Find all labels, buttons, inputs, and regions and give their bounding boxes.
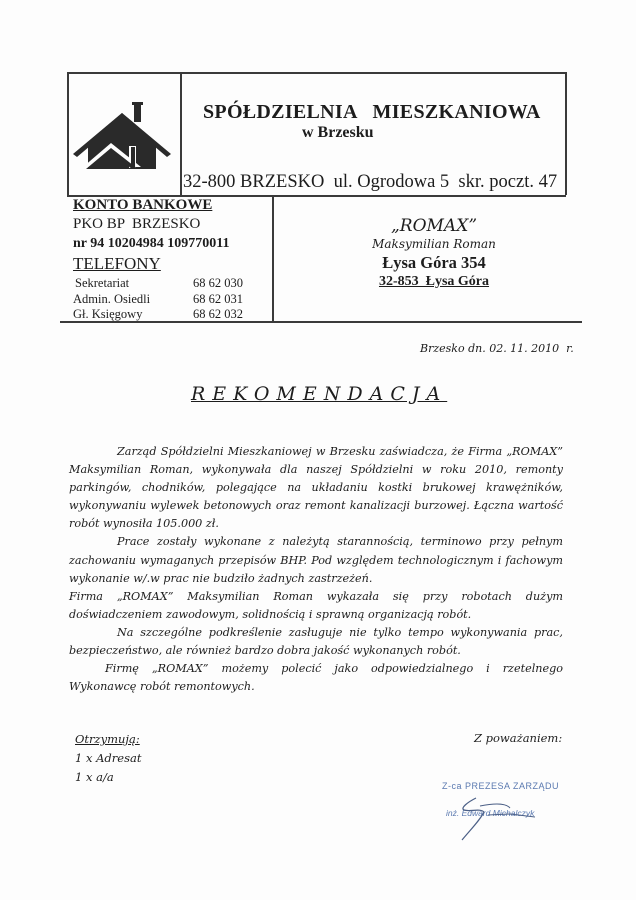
org-address: 32-800 BRZESKO ul. Ogrodowa 5 skr. poczt…: [183, 172, 557, 193]
phone-row: Admin. Osiedli: [73, 292, 150, 307]
contact-divider: [272, 195, 274, 322]
date-line: Brzesko dn. 02. 11. 2010 r.: [420, 342, 574, 355]
phone-label: Gł. Księgowy: [73, 307, 142, 321]
header-box-right: [565, 72, 567, 195]
letter-body: Zarząd Spółdzielni Mieszkaniowej w Brzes…: [69, 443, 563, 696]
recipient-company: „ROMAX”: [304, 216, 564, 236]
phone-row: Sekretariat: [75, 276, 129, 291]
signature-icon: [450, 790, 550, 845]
recipients-item: 1 x Adresat: [75, 749, 141, 768]
recipient-street: Łysa Góra 354: [304, 253, 564, 273]
org-city: w Brzesku: [302, 124, 374, 142]
org-name: SPÓŁDZIELNIA MIESZKANIOWA: [203, 101, 541, 124]
house-logo-icon: [70, 96, 178, 172]
header-box-left: [67, 72, 69, 196]
phone-label: Sekretariat: [75, 276, 129, 290]
recipients-item: 1 x a/a: [75, 768, 141, 787]
phone-label: Admin. Osiedli: [73, 292, 150, 306]
logo-divider: [180, 72, 182, 196]
paragraph-1: Zarząd Spółdzielni Mieszkaniowej w Brzes…: [69, 443, 563, 533]
paragraph-5: Firmę „ROMAX” możemy polecić jako odpowi…: [69, 660, 563, 696]
phone-number: 68 62 030: [193, 276, 243, 291]
header-box-top: [67, 72, 566, 74]
letter-page: SPÓŁDZIELNIA MIESZKANIOWA w Brzesku 32-8…: [0, 0, 636, 900]
paragraph-4: Na szczególne podkreślenie zasługuje nie…: [69, 624, 563, 660]
recipient-city: 32-853 Łysa Góra: [304, 274, 564, 290]
bank-name: PKO BP BRZESKO: [73, 216, 200, 233]
recipient-block: „ROMAX” Maksymilian Roman Łysa Góra 354 …: [304, 216, 564, 290]
phone-number: 68 62 031: [193, 292, 243, 307]
phone-row: Gł. Księgowy: [73, 307, 142, 322]
recipient-person: Maksymilian Roman: [304, 237, 564, 251]
bank-heading: KONTO BANKOWE: [73, 197, 212, 214]
paragraph-2: Prace zostały wykonane z należytą staran…: [69, 533, 563, 587]
phones-heading: TELEFONY: [73, 254, 161, 274]
bank-account: nr 94 10204984 109770011: [73, 236, 229, 252]
recipients-heading: Otrzymują:: [75, 730, 141, 749]
document-title: REKOMENDACJA: [191, 383, 447, 405]
paragraph-3: Firma „ROMAX” Maksymilian Roman wykazała…: [69, 588, 563, 624]
recipients-list: Otrzymują: 1 x Adresat 1 x a/a: [75, 730, 141, 787]
phone-number: 68 62 032: [193, 307, 243, 322]
closing-phrase: Z poważaniem:: [474, 731, 562, 745]
